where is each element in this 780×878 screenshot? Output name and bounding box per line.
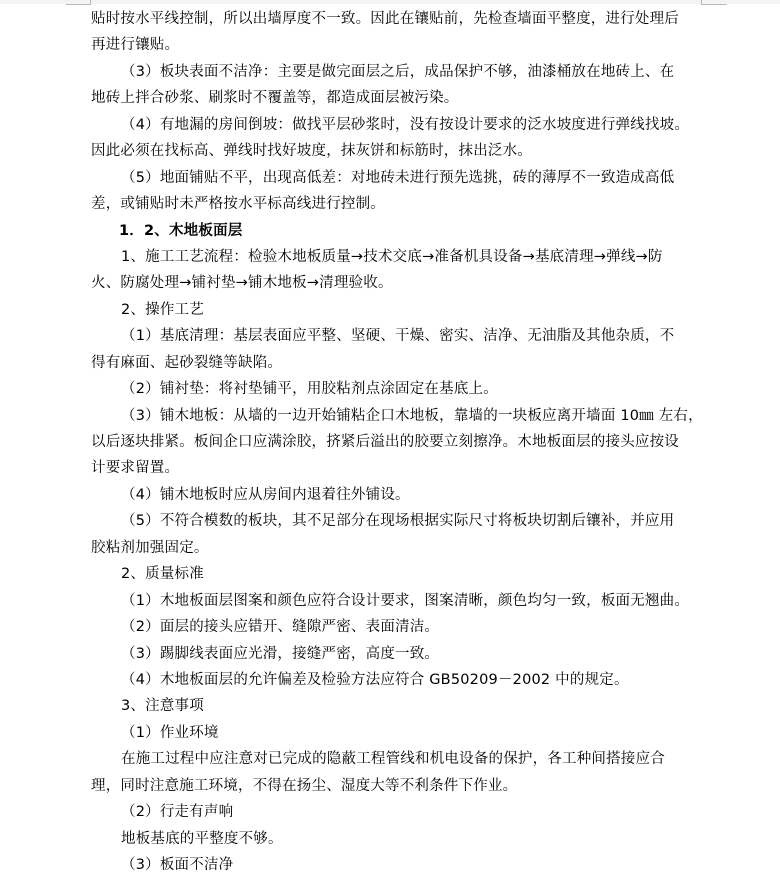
list-item: （4）有地漏的房间倒坡：做找平层砂浆时，没有按设计要求的泛水坡度进行弹线找坡。 [91,112,703,138]
text-line: 火、防腐处理→铺衬垫→铺木地板→清理验收。 [91,270,703,296]
text-line: 理，同时注意施工环境，不得在扬尘、湿度大等不利条件下作业。 [91,773,703,799]
text-line: 地板基底的平整度不够。 [91,826,703,852]
list-item: （1）基底清理：基层表面应平整、坚硬、干燥、密实、洁净、无油脂及其他杂质，不 [91,323,703,349]
text-line: 计要求留置。 [91,455,703,481]
corner-tick [90,0,91,5]
text-line: 再进行镶贴。 [91,32,703,58]
document-page: 贴时按水平线控制，所以出墙厚度不一致。因此在镶贴前，先检查墙面平整度，进行处理后… [91,6,703,878]
text-line: 以后逐块排紧。板间企口应满涂胶，挤紧后溢出的胶要立刻擦净。木地板面层的接头应按设 [91,429,703,455]
subsection-title: 3、注意事项 [91,693,703,719]
corner-tick [701,0,702,5]
list-item: （2）铺衬垫：将衬垫铺平，用胶粘剂点涂固定在基底上。 [91,376,703,402]
subsection-title: 2、操作工艺 [91,297,703,323]
list-item: （1）木地板面层图案和颜色应符合设计要求，图案清晰，颜色均匀一致，板面无翘曲。 [91,588,703,614]
page-corner-mark-right [701,4,727,5]
text-line: 在施工过程中应注意对已完成的隐蔽工程管线和机电设备的保护，各工种间搭接应合 [91,746,703,772]
list-item: （3）板面不洁净 [91,852,703,878]
text-line: 差，或铺贴时未严格按水平标高线进行控制。 [91,191,703,217]
list-item: （4）木地板面层的允许偏差及检验方法应符合 GB50209－2002 中的规定。 [91,667,703,693]
section-heading: 1．2、木地板面层 [91,218,703,244]
subsection-title: 2、质量标准 [91,561,703,587]
list-item: （3）踢脚线表面应光滑，接缝严密，高度一致。 [91,641,703,667]
text-line: 得有麻面、起砂裂缝等缺陷。 [91,350,703,376]
list-item: （1）作业环境 [91,720,703,746]
list-item: （4）铺木地板时应从房间内退着往外铺设。 [91,482,703,508]
page-corner-mark-left [66,4,91,5]
text-line: 1、施工工艺流程：检验木地板质量→技术交底→准备机具设备→基底清理→弹线→防 [91,244,703,270]
text-line: 胶粘剂加强固定。 [91,535,703,561]
list-item: （2）行走有声响 [91,799,703,825]
list-item: （5）地面铺贴不平，出现高低差：对地砖未进行预先选挑，砖的薄厚不一致造成高低 [91,165,703,191]
text-line: 因此必须在找标高、弹线时找好坡度，抹灰饼和标筋时，抹出泛水。 [91,138,703,164]
list-item: （3）板块表面不洁净：主要是做完面层之后，成品保护不够，油漆桶放在地砖上、在 [91,59,703,85]
list-item: （5）不符合模数的板块，其不足部分在现场根据实际尺寸将板块切割后镶补，并应用 [91,508,703,534]
text-line: 贴时按水平线控制，所以出墙厚度不一致。因此在镶贴前，先检查墙面平整度，进行处理后 [91,6,703,32]
list-item: （2）面层的接头应错开、缝隙严密、表面清洁。 [91,614,703,640]
text-line: 地砖上拌合砂浆、刷浆时不覆盖等，都造成面层被污染。 [91,85,703,111]
list-item: （3）铺木地板：从墙的一边开始铺粘企口木地板，靠墙的一块板应离开墙面 10㎜ 左… [91,403,703,429]
page-top-edge [0,0,780,4]
